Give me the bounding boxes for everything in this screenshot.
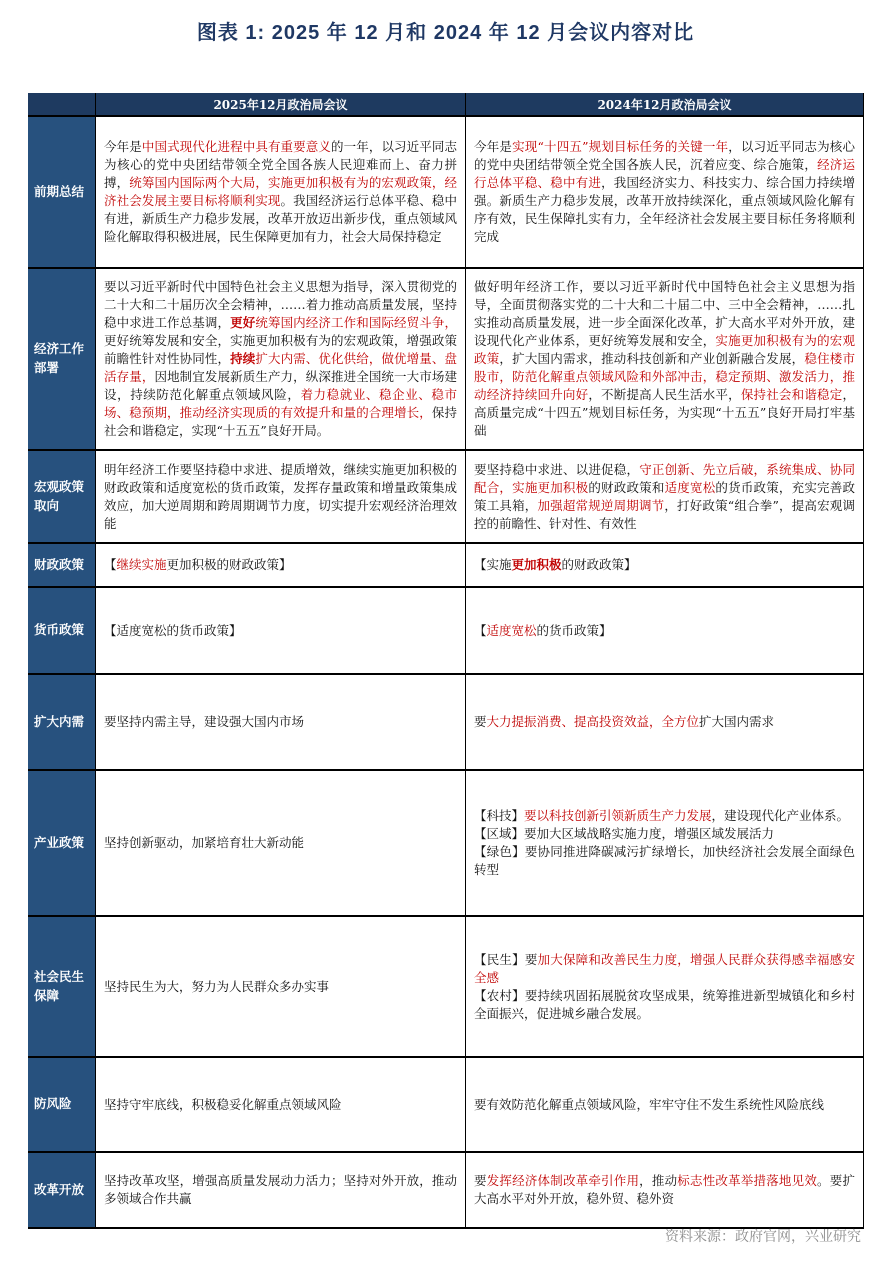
highlighted-text-segment: 中国式现代化进程中具有重要意义 <box>142 139 331 154</box>
text-segment: 要坚持稳中求进、以进促稳， <box>474 462 639 477</box>
cell-2025: 要以习近平新时代中国特色社会主义思想为指导，深入贯彻党的二十大和二十届历次全会精… <box>95 269 465 449</box>
text-segment: 要坚持内需主导，建设强大国内市场 <box>104 714 304 729</box>
cell-2024: 【科技】要以科技创新引领新质生产力发展，建设现代化产业体系。 【区域】要加大区域… <box>465 771 864 915</box>
row-label: 防风险 <box>28 1058 95 1151</box>
highlighted-text-segment: 更加积极 <box>512 557 562 572</box>
text-segment: 要有效防范化解重点领域风险，牢牢守住不发生系统性风险底线 <box>474 1097 824 1112</box>
cell-2024: 要有效防范化解重点领域风险，牢牢守住不发生系统性风险底线 <box>465 1058 864 1151</box>
text-segment: 【 <box>104 557 117 572</box>
row-label: 前期总结 <box>28 117 95 267</box>
cell-2025: 坚持守牢底线，积极稳妥化解重点领域风险 <box>95 1058 465 1151</box>
source-note: 资料来源：政府官网，兴业研究 <box>665 1226 861 1246</box>
text-segment: 【 <box>474 623 487 638</box>
highlighted-text-segment: 实现“十四五”规划目标任务的关键一年 <box>512 139 728 154</box>
row-label: 财政政策 <box>28 544 95 586</box>
cell-2024: 今年是实现“十四五”规划目标任务的关键一年，以习近平同志为核心的党中央团结带领全… <box>465 117 864 267</box>
cell-text: 今年是实现“十四五”规划目标任务的关键一年，以习近平同志为核心的党中央团结带领全… <box>474 138 855 246</box>
cell-text: 明年经济工作要坚持稳中求进、提质增效，继续实施更加积极的财政政策和适度宽松的货币… <box>104 461 457 533</box>
highlighted-text-segment: 要以科技创新引领新质生产力发展 <box>524 808 712 823</box>
cell-2025: 坚持改革攻坚，增强高质量发展动力活力；坚持对外开放，推动多领域合作共赢 <box>95 1153 465 1227</box>
row-label: 社会民生保障 <box>28 917 95 1056</box>
column-header-2025: 2025年12月政治局会议 <box>95 93 465 115</box>
cell-text: 【实施更加积极的财政政策】 <box>474 556 855 574</box>
text-segment: 的财政政策】 <box>562 557 637 572</box>
text-segment: 【科技】 <box>474 808 524 823</box>
cell-2025: 今年是中国式现代化进程中具有重要意义的一年，以习近平同志为核心的党中央团结带领全… <box>95 117 465 267</box>
row-label: 经济工作部署 <box>28 269 95 449</box>
table-row: 货币政策【适度宽松的货币政策】【适度宽松的货币政策】 <box>28 586 864 673</box>
highlighted-text-segment: 标志性改革举措落地见效 <box>677 1173 817 1188</box>
comparison-table: 2025年12月政治局会议 2024年12月政治局会议 前期总结今年是中国式现代… <box>28 93 864 1229</box>
cell-text: 要以习近平新时代中国特色社会主义思想为指导，深入贯彻党的二十大和二十届历次全会精… <box>104 278 457 440</box>
row-label: 产业政策 <box>28 771 95 915</box>
table-row: 产业政策坚持创新驱动，加紧培育壮大新动能【科技】要以科技创新引领新质生产力发展，… <box>28 769 864 915</box>
table-row: 宏观政策取向明年经济工作要坚持稳中求进、提质增效，继续实施更加积极的财政政策和适… <box>28 449 864 542</box>
text-segment: 【实施 <box>474 557 512 572</box>
text-segment: ，不断提高人民生活水平， <box>588 387 740 402</box>
text-segment: 坚持创新驱动，加紧培育壮大新动能 <box>104 835 304 850</box>
highlighted-text-segment: 适度宽松 <box>665 480 716 495</box>
highlighted-text-segment: 加强超常规逆周期调节 <box>537 498 664 513</box>
table-body: 前期总结今年是中国式现代化进程中具有重要意义的一年，以习近平同志为核心的党中央团… <box>28 115 864 1227</box>
column-header-2024: 2024年12月政治局会议 <box>465 93 864 115</box>
text-segment: 扩大国内需求 <box>699 714 774 729</box>
text-segment: 坚持守牢底线，积极稳妥化解重点领域风险 <box>104 1097 342 1112</box>
corner-cell <box>28 93 95 115</box>
cell-text: 【科技】要以科技创新引领新质生产力发展，建设现代化产业体系。 【区域】要加大区域… <box>474 807 855 879</box>
cell-text: 【民生】要加大保障和改善民生力度，增强人民群众获得感幸福感安全感 【农村】要持续… <box>474 951 855 1023</box>
table-header-row: 2025年12月政治局会议 2024年12月政治局会议 <box>28 93 864 115</box>
text-segment: 坚持改革攻坚，增强高质量发展动力活力；坚持对外开放，推动多领域合作共赢 <box>104 1173 457 1206</box>
row-label: 宏观政策取向 <box>28 451 95 542</box>
text-segment: 【农村】要持续巩固拓展脱贫攻坚成果，统筹推进新型城镇化和乡村全面振兴，促进城乡融… <box>474 988 855 1021</box>
cell-text: 要发挥经济体制改革牵引作用，推动标志性改革举措落地见效。要扩大高水平对外开放，稳… <box>474 1172 855 1208</box>
highlighted-text-segment: 适度宽松 <box>487 623 537 638</box>
text-segment: 【适度宽松的货币政策】 <box>104 623 242 638</box>
cell-text: 要大力提振消费、提高投资效益，全方位扩大国内需求 <box>474 713 855 731</box>
row-label: 扩大内需 <box>28 675 95 769</box>
text-segment: 的货币政策】 <box>537 623 612 638</box>
cell-2024: 【民生】要加大保障和改善民生力度，增强人民群众获得感幸福感安全感 【农村】要持续… <box>465 917 864 1056</box>
text-segment: ，推动 <box>639 1173 677 1188</box>
highlighted-text-segment: 继续实施 <box>117 557 167 572</box>
highlighted-text-segment: 大力提振消费、提高投资效益，全方位 <box>487 714 700 729</box>
text-segment: 要 <box>474 714 487 729</box>
text-segment: ，扩大国内需求，推动科技创新和产业创新融合发展， <box>499 351 804 366</box>
text-segment: 要 <box>474 1173 487 1188</box>
cell-2025: 坚持民生为大，努力为人民群众多办实事 <box>95 917 465 1056</box>
cell-2024: 要坚持稳中求进、以进促稳，守正创新、先立后破，系统集成、协同配合，实施更加积极的… <box>465 451 864 542</box>
cell-text: 【适度宽松的货币政策】 <box>474 622 855 640</box>
table-row: 扩大内需要坚持内需主导，建设强大国内市场要大力提振消费、提高投资效益，全方位扩大… <box>28 673 864 769</box>
cell-2025: 【适度宽松的货币政策】 <box>95 588 465 673</box>
cell-text: 坚持改革攻坚，增强高质量发展动力活力；坚持对外开放，推动多领域合作共赢 <box>104 1172 457 1208</box>
highlighted-text-segment: 保持社会和谐稳定 <box>741 387 843 402</box>
text-segment: 坚持民生为大，努力为人民群众多办实事 <box>104 979 329 994</box>
table-row: 改革开放坚持改革攻坚，增强高质量发展动力活力；坚持对外开放，推动多领域合作共赢要… <box>28 1151 864 1227</box>
cell-text: 坚持守牢底线，积极稳妥化解重点领域风险 <box>104 1096 457 1114</box>
cell-2024: 做好明年经济工作，要以习近平新时代中国特色社会主义思想为指导，全面贯彻落实党的二… <box>465 269 864 449</box>
cell-text: 今年是中国式现代化进程中具有重要意义的一年，以习近平同志为核心的党中央团结带领全… <box>104 138 457 246</box>
page-title: 图表 1: 2025 年 12 月和 2024 年 12 月会议内容对比 <box>0 16 891 45</box>
table-row: 防风险坚持守牢底线，积极稳妥化解重点领域风险要有效防范化解重点领域风险，牢牢守住… <box>28 1056 864 1151</box>
text-segment: 的财政政策和 <box>588 480 664 495</box>
cell-text: 【继续实施更加积极的财政政策】 <box>104 556 457 574</box>
cell-2024: 【实施更加积极的财政政策】 <box>465 544 864 586</box>
highlighted-text-segment: 更好 <box>230 315 255 330</box>
table-row: 经济工作部署要以习近平新时代中国特色社会主义思想为指导，深入贯彻党的二十大和二十… <box>28 267 864 449</box>
highlighted-text-segment: 持续 <box>230 351 255 366</box>
cell-2025: 坚持创新驱动，加紧培育壮大新动能 <box>95 771 465 915</box>
highlighted-text-segment: 发挥经济体制改革牵引作用 <box>487 1173 639 1188</box>
row-label: 货币政策 <box>28 588 95 673</box>
cell-text: 要坚持内需主导，建设强大国内市场 <box>104 713 457 731</box>
highlighted-text-segment: 统筹国内经济工作和国际经贸斗争， <box>255 315 457 330</box>
cell-text: 【适度宽松的货币政策】 <box>104 622 457 640</box>
table-row: 前期总结今年是中国式现代化进程中具有重要意义的一年，以习近平同志为核心的党中央团… <box>28 115 864 267</box>
cell-2025: 明年经济工作要坚持稳中求进、提质增效，继续实施更加积极的财政政策和适度宽松的货币… <box>95 451 465 542</box>
table-row: 财政政策【继续实施更加积极的财政政策】【实施更加积极的财政政策】 <box>28 542 864 586</box>
text-segment: 今年是 <box>104 139 142 154</box>
cell-text: 要有效防范化解重点领域风险，牢牢守住不发生系统性风险底线 <box>474 1096 855 1114</box>
cell-text: 坚持民生为大，努力为人民群众多办实事 <box>104 978 457 996</box>
row-label: 改革开放 <box>28 1153 95 1227</box>
text-segment: 今年是 <box>474 139 512 154</box>
text-segment: 明年经济工作要坚持稳中求进、提质增效，继续实施更加积极的财政政策和适度宽松的货币… <box>104 462 457 531</box>
text-segment: 【民生】要 <box>474 952 538 967</box>
cell-text: 要坚持稳中求进、以进促稳，守正创新、先立后破，系统集成、协同配合，实施更加积极的… <box>474 461 855 533</box>
cell-text: 做好明年经济工作，要以习近平新时代中国特色社会主义思想为指导，全面贯彻落实党的二… <box>474 278 855 440</box>
cell-text: 坚持创新驱动，加紧培育壮大新动能 <box>104 834 457 852</box>
cell-2025: 要坚持内需主导，建设强大国内市场 <box>95 675 465 769</box>
text-segment: 更加积极的财政政策】 <box>167 557 292 572</box>
cell-2024: 要大力提振消费、提高投资效益，全方位扩大国内需求 <box>465 675 864 769</box>
report-page: 图表 1: 2025 年 12 月和 2024 年 12 月会议内容对比 202… <box>0 0 891 1262</box>
cell-2025: 【继续实施更加积极的财政政策】 <box>95 544 465 586</box>
cell-2024: 要发挥经济体制改革牵引作用，推动标志性改革举措落地见效。要扩大高水平对外开放，稳… <box>465 1153 864 1227</box>
cell-2024: 【适度宽松的货币政策】 <box>465 588 864 673</box>
table-row: 社会民生保障坚持民生为大，努力为人民群众多办实事【民生】要加大保障和改善民生力度… <box>28 915 864 1056</box>
